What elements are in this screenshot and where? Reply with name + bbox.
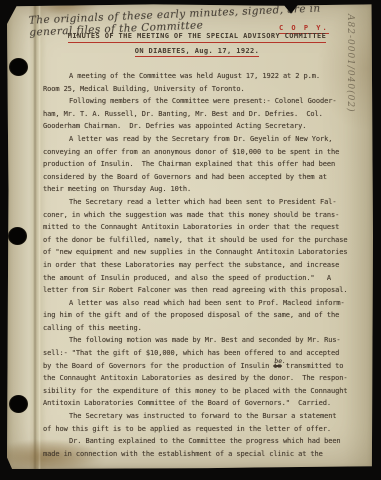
body-text: A meeting of the Committee was held Augu… [43, 70, 371, 460]
typewritten-line: mitted to the Connaught Antitoxin Labora… [43, 221, 371, 234]
typewritten-line: The Secretary was instructed to forward … [43, 410, 371, 423]
typewritten-line: ing him of the gift and of the proposed … [43, 309, 371, 322]
typewritten-line: Antitoxin Laboratories Committee of the … [43, 397, 371, 410]
typewritten-line: made in connection with the establishmen… [43, 448, 371, 461]
typewritten-line: conveying an offer from an anonymous don… [43, 146, 371, 159]
document-page: The originals of these early minutes, si… [7, 3, 373, 469]
typewritten-line: A letter was read by the Secretary from … [43, 133, 371, 146]
title-line-1: MINUTES OF THE MEETING OF THE SPECIAL AD… [68, 32, 326, 43]
scanned-document-view: The originals of these early minutes, si… [0, 0, 381, 480]
binding-crease-highlight [38, 3, 41, 469]
typewritten-line: coner, in which the suggestion was made … [43, 209, 371, 222]
typewritten-line: sibility for the expenditure of this mon… [43, 385, 371, 398]
typewritten-line: the amount of Insulin produced, and also… [43, 272, 371, 285]
typewritten-line: their meeting on Thursday Aug. 10th. [43, 183, 371, 196]
typewritten-line: Room 25, Medical Building, University of… [43, 83, 371, 96]
typewritten-line: The following motion was made by Mr. Bes… [43, 334, 371, 347]
typewritten-line: production of Insulin. The Chairman expl… [43, 158, 371, 171]
punch-hole [9, 395, 28, 413]
line-text: by the Board of Governors for the produc… [43, 362, 273, 370]
typewritten-line: letter from Sir Robert Falconer was then… [43, 284, 371, 297]
typewritten-line: in order that these Laboratories may per… [43, 259, 371, 272]
line-text: transmitted to [282, 362, 344, 370]
typewritten-line: The Secretary read a letter which had be… [43, 196, 371, 209]
typewritten-line: calling of this meeting. [43, 322, 371, 335]
typewritten-line: of "new equipment and new supplies in th… [43, 246, 371, 259]
typewritten-line: of how this gift is to be applied as req… [43, 423, 371, 436]
typed-correction: be. [274, 355, 285, 368]
typewritten-line: by the Board of Governors for the produc… [43, 360, 371, 373]
typed-correction-group: be.is [273, 362, 281, 370]
archival-reference: A82-0001/040(02) [345, 14, 355, 124]
typewritten-line: Following members of the Committee were … [43, 95, 371, 108]
typewritten-line: Dr. Banting explained to the Committee t… [43, 435, 371, 448]
typewritten-line: ham, Mr. T. A. Russell, Dr. Banting, Mr.… [43, 108, 371, 121]
typewritten-line: A meeting of the Committee was held Augu… [43, 70, 371, 83]
binding-crease [33, 3, 37, 469]
title-line-2: ON DIABETES, Aug. 17, 1922. [135, 47, 260, 58]
typewritten-line: of the donor be fulfilled, namely, that … [43, 234, 371, 247]
typewritten-line: sell:- "That the gift of $10,000, which … [43, 347, 371, 360]
document-title: MINUTES OF THE MEETING OF THE SPECIAL AD… [37, 32, 357, 57]
typewritten-line: A letter was also read which had been se… [43, 297, 371, 310]
punch-hole [8, 227, 27, 245]
punch-hole [9, 58, 28, 76]
typewritten-line: the Connaught Antitoxin Laboratories as … [43, 372, 371, 385]
typewritten-line: Gooderham Chairman. Dr. Defries was appo… [43, 120, 371, 133]
typewritten-line: considered by the Board of Governors and… [43, 171, 371, 184]
